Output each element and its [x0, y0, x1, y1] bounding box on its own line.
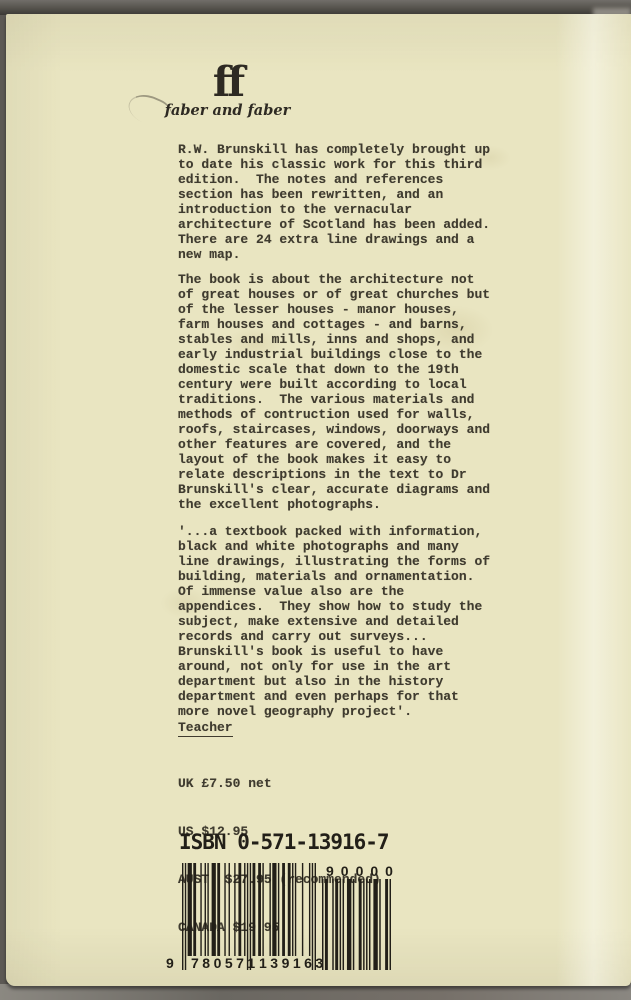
barcode-digits-left: 780571 — [191, 955, 259, 971]
publisher-logo: ff faber and faber — [160, 62, 295, 119]
barcode-supplement — [322, 879, 391, 970]
blurb-paragraph-2: The book is about the architecture not o… — [178, 272, 491, 512]
isbn-text: ISBN 0-571-13916-7 — [179, 830, 389, 854]
barcode-main — [182, 863, 316, 970]
publisher-logo-name: faber and faber — [160, 103, 295, 119]
background-bottom-band — [0, 984, 631, 1000]
background-top-band — [0, 0, 631, 15]
book-photo: ff faber and faber R.W. Brunskill has co… — [0, 0, 631, 1000]
review-source: Teacher — [178, 720, 233, 737]
review-source-label: Teacher — [178, 720, 233, 737]
review-quote: '...a textbook packed with information, … — [178, 524, 491, 719]
barcode-digits-right: 139163 — [259, 955, 327, 971]
barcode-supplement-label: 90000 — [326, 863, 400, 879]
publisher-logo-mark: ff — [160, 62, 295, 102]
blurb-paragraph-1: R.W. Brunskill has completely brought up… — [178, 142, 491, 262]
barcode-lead-digit: 9 — [166, 955, 174, 971]
price-line-uk: UK £7.50 net — [178, 776, 491, 792]
